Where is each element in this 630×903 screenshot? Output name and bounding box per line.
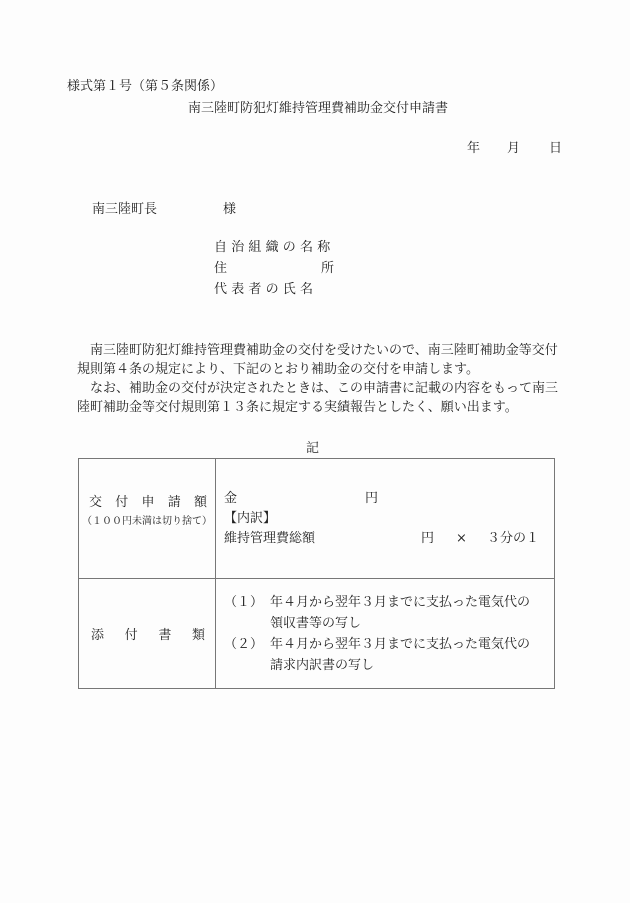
attachments-label: 添 付 書 類 — [79, 624, 215, 643]
date-month: 月 — [507, 141, 549, 157]
item-text: 年４月から翌年３月までに支払った電気代の — [270, 637, 530, 652]
item-text: 年４月から翌年３月までに支払った電気代の — [270, 595, 530, 610]
amount-prefix: 金 — [224, 491, 237, 506]
multiply-sign: × — [456, 531, 467, 546]
rounding-note: （１００円未満は切り捨て） — [79, 512, 215, 527]
body-paragraph-2: なお、補助金の交付が決定されたときは、この申請書に記載の内容をもって南三陸町補助… — [77, 379, 561, 417]
date-year: 年 — [467, 141, 507, 157]
date-day: 日 — [549, 141, 562, 157]
table-row-application-amount: 交 付 申 請 額 （１００円未満は切り捨て） 金円 【内訳】 維持管理費総額円… — [79, 459, 555, 579]
label-char: 付 — [115, 491, 128, 510]
attachment-item-2: （２）年４月から翌年３月までに支払った電気代の 請求内訳書の写し — [224, 634, 554, 676]
item-text-cont: 領収書等の写し — [224, 613, 554, 634]
addressee-name: 南三陸町長 — [92, 202, 157, 217]
org-name-label: 自治組織の名称 — [214, 240, 334, 261]
attachments-value-cell: （１）年４月から翌年３月までに支払った電気代の 領収書等の写し （２）年４月から… — [216, 579, 555, 689]
label-char: 額 — [194, 491, 207, 510]
label-char: 付 — [125, 624, 138, 643]
item-number: （１） — [224, 592, 270, 613]
attachments-label-cell: 添 付 書 類 — [79, 579, 216, 689]
address-label-2: 所 — [321, 261, 334, 282]
body-paragraph-1: 南三陸町防犯灯維持管理費補助金の交付を受けたいので、南三陸町補助金等交付規則第４… — [77, 341, 561, 379]
fraction: ３分の１ — [487, 531, 539, 546]
addressee: 南三陸町長様 — [92, 202, 236, 218]
amount-unit: 円 — [365, 491, 378, 506]
label-char: 請 — [168, 491, 181, 510]
label-char: 書 — [158, 624, 171, 643]
total-unit: 円 — [421, 531, 434, 546]
detail-table: 交 付 申 請 額 （１００円未満は切り捨て） 金円 【内訳】 維持管理費総額円… — [78, 458, 555, 689]
label-char: 申 — [141, 491, 154, 510]
form-number: 様式第１号（第５条関係） — [67, 79, 223, 95]
label-char: 類 — [192, 624, 205, 643]
item-number: （２） — [224, 634, 270, 655]
applicant-block: 自治組織の名称 住 所 代表者の氏名 — [214, 240, 334, 303]
address-label: 住 所 — [214, 261, 334, 282]
attachment-item-1: （１）年４月から翌年３月までに支払った電気代の 領収書等の写し — [224, 592, 554, 634]
table-row-attachments: 添 付 書 類 （１）年４月から翌年３月までに支払った電気代の 領収書等の写し … — [79, 579, 555, 689]
item-text-cont: 請求内訳書の写し — [224, 655, 554, 676]
ki-heading: 記 — [306, 441, 319, 457]
address-label-1: 住 — [214, 261, 227, 282]
addressee-honorific: 様 — [223, 202, 236, 217]
date-line: 年月日 — [467, 141, 562, 157]
label-char: 添 — [91, 624, 104, 643]
representative-label: 代表者の氏名 — [214, 282, 334, 303]
total-line: 維持管理費総額円×３分の１ — [224, 529, 554, 549]
label-char: 交 — [89, 491, 102, 510]
application-amount-label-cell: 交 付 申 請 額 （１００円未満は切り捨て） — [79, 459, 216, 579]
application-amount-value-cell: 金円 【内訳】 維持管理費総額円×３分の１ — [216, 459, 555, 579]
body-text: 南三陸町防犯灯維持管理費補助金の交付を受けたいので、南三陸町補助金等交付規則第４… — [77, 341, 561, 417]
breakdown-label: 【内訳】 — [224, 509, 554, 529]
document-title: 南三陸町防犯灯維持管理費補助金交付申請書 — [188, 101, 448, 117]
amount-line: 金円 — [224, 489, 554, 509]
total-label: 維持管理費総額 — [224, 531, 315, 546]
application-amount-label: 交 付 申 請 額 — [79, 491, 215, 510]
